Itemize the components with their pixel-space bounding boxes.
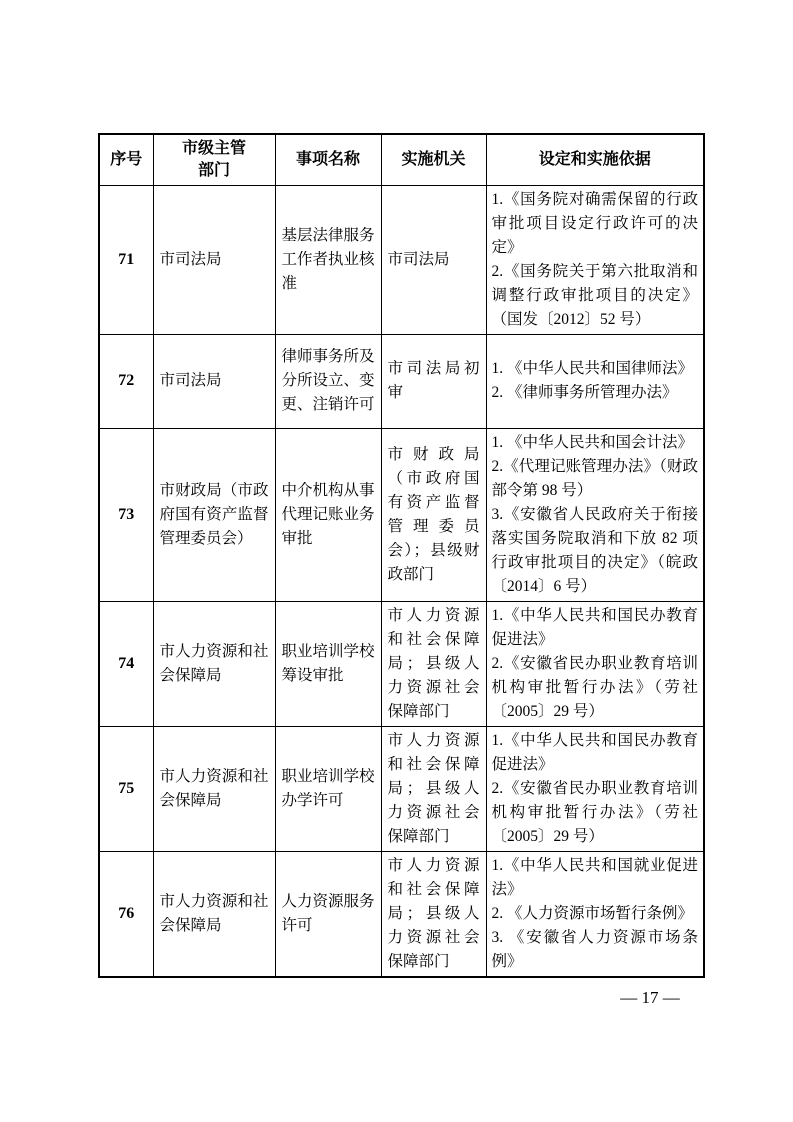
cell-department: 市财政局（市政府国有资产监督管理委员会） xyxy=(153,428,275,601)
basis-item: 1.《中华人民共和国就业促进法》 xyxy=(492,854,699,902)
basis-item: 2. 《律师事务所管理办法》 xyxy=(492,381,699,405)
cell-serial-no: 72 xyxy=(99,334,153,428)
cell-item-name: 职业培训学校办学许可 xyxy=(275,726,381,851)
table-header-row: 序号 市级主管部门 事项名称 实施机关 设定和实施依据 xyxy=(99,134,704,185)
table-row-75: 75 市人力资源和社会保障局 职业培训学校办学许可 市人力资源和社会保障局；县级… xyxy=(99,726,704,851)
basis-item: 1. 《中华人民共和国律师法》 xyxy=(492,357,699,381)
cell-basis: 1.《中华人民共和国就业促进法》 2. 《人力资源市场暂行条例》 3. 《安徽省… xyxy=(486,851,704,977)
col-header-department-label: 市级主管部门 xyxy=(179,138,249,182)
col-header-basis-label: 设定和实施依据 xyxy=(539,151,651,168)
cell-item-name: 职业培训学校筹设审批 xyxy=(275,601,381,726)
col-header-serial-no: 序号 xyxy=(99,134,153,185)
cell-basis: 1. 《中华人民共和国律师法》 2. 《律师事务所管理办法》 xyxy=(486,334,704,428)
cell-department: 市人力资源和社会保障局 xyxy=(153,851,275,977)
cell-basis: 1.《国务院对确需保留的行政审批项目设定行政许可的决定》 2.《国务院关于第六批… xyxy=(486,185,704,334)
cell-department: 市司法局 xyxy=(153,334,275,428)
cell-department: 市人力资源和社会保障局 xyxy=(153,726,275,851)
cell-agency: 市人力资源和社会保障局；县级人力资源社会保障部门 xyxy=(381,601,486,726)
basis-item: 2.《安徽省民办职业教育培训机构审批暂行办法》（劳社〔2005〕29 号） xyxy=(492,777,699,849)
cell-agency: 市司法局初审 xyxy=(381,334,486,428)
cell-serial-no: 73 xyxy=(99,428,153,601)
cell-item-name: 律师事务所及分所设立、变更、注销许可 xyxy=(275,334,381,428)
col-header-agency: 实施机关 xyxy=(381,134,486,185)
basis-item: 2.《国务院关于第六批取消和调整行政审批项目的决定》（国发〔2012〕52 号） xyxy=(492,260,699,332)
table-row-76: 76 市人力资源和社会保障局 人力资源服务许可 市人力资源和社会保障局；县级人力… xyxy=(99,851,704,977)
col-header-agency-label: 实施机关 xyxy=(401,151,465,168)
cell-basis: 1.《中华人民共和国民办教育促进法》 2.《安徽省民办职业教育培训机构审批暂行办… xyxy=(486,601,704,726)
basis-item: 2.《代理记账管理办法》（财政部令第 98 号） xyxy=(492,455,699,503)
table-row-74: 74 市人力资源和社会保障局 职业培训学校筹设审批 市人力资源和社会保障局；县级… xyxy=(99,601,704,726)
cell-item-name: 人力资源服务许可 xyxy=(275,851,381,977)
cell-serial-no: 71 xyxy=(99,185,153,334)
basis-item: 3. 《安徽省人力资源市场条例》 xyxy=(492,926,699,974)
basis-item: 1.《国务院对确需保留的行政审批项目设定行政许可的决定》 xyxy=(492,188,699,260)
col-header-department: 市级主管部门 xyxy=(153,134,275,185)
cell-basis: 1. 《中华人民共和国会计法》 2.《代理记账管理办法》（财政部令第 98 号）… xyxy=(486,428,704,601)
basis-item: 1.《中华人民共和国民办教育促进法》 xyxy=(492,729,699,777)
cell-item-name: 中介机构从事代理记账业务审批 xyxy=(275,428,381,601)
basis-item: 1.《中华人民共和国民办教育促进法》 xyxy=(492,604,699,652)
table-row-71: 71 市司法局 基层法律服务工作者执业核准 市司法局 1.《国务院对确需保留的行… xyxy=(99,185,704,334)
col-header-basis: 设定和实施依据 xyxy=(486,134,704,185)
cell-serial-no: 74 xyxy=(99,601,153,726)
cell-serial-no: 76 xyxy=(99,851,153,977)
cell-serial-no: 75 xyxy=(99,726,153,851)
table-row-72: 72 市司法局 律师事务所及分所设立、变更、注销许可 市司法局初审 1. 《中华… xyxy=(99,334,704,428)
cell-department: 市司法局 xyxy=(153,185,275,334)
cell-item-name: 基层法律服务工作者执业核准 xyxy=(275,185,381,334)
basis-item: 2. 《人力资源市场暂行条例》 xyxy=(492,902,699,926)
basis-item: 3.《安徽省人民政府关于衔接落实国务院取消和下放 82 项行政审批项目的决定》（… xyxy=(492,503,699,599)
document-page: 序号 市级主管部门 事项名称 实施机关 设定和实施依据 71 市司法局 基层法律… xyxy=(0,0,793,1122)
cell-basis: 1.《中华人民共和国民办教育促进法》 2.《安徽省民办职业教育培训机构审批暂行办… xyxy=(486,726,704,851)
page-number: — 17 — xyxy=(560,984,740,1012)
cell-agency: 市财政局（市政府国有资产监督管理委员会）；县级财政部门 xyxy=(381,428,486,601)
basis-item: 2.《安徽省民办职业教育培训机构审批暂行办法》（劳社〔2005〕29 号） xyxy=(492,652,699,724)
cell-agency: 市司法局 xyxy=(381,185,486,334)
col-header-item-name-label: 事项名称 xyxy=(296,151,360,168)
approval-items-table: 序号 市级主管部门 事项名称 实施机关 设定和实施依据 71 市司法局 基层法律… xyxy=(98,133,705,978)
col-header-item-name: 事项名称 xyxy=(275,134,381,185)
cell-agency: 市人力资源和社会保障局；县级人力资源社会保障部门 xyxy=(381,726,486,851)
basis-item: 1. 《中华人民共和国会计法》 xyxy=(492,431,699,455)
table-row-73: 73 市财政局（市政府国有资产监督管理委员会） 中介机构从事代理记账业务审批 市… xyxy=(99,428,704,601)
col-header-serial-no-label: 序号 xyxy=(110,151,142,168)
cell-agency: 市人力资源和社会保障局；县级人力资源社会保障部门 xyxy=(381,851,486,977)
cell-department: 市人力资源和社会保障局 xyxy=(153,601,275,726)
